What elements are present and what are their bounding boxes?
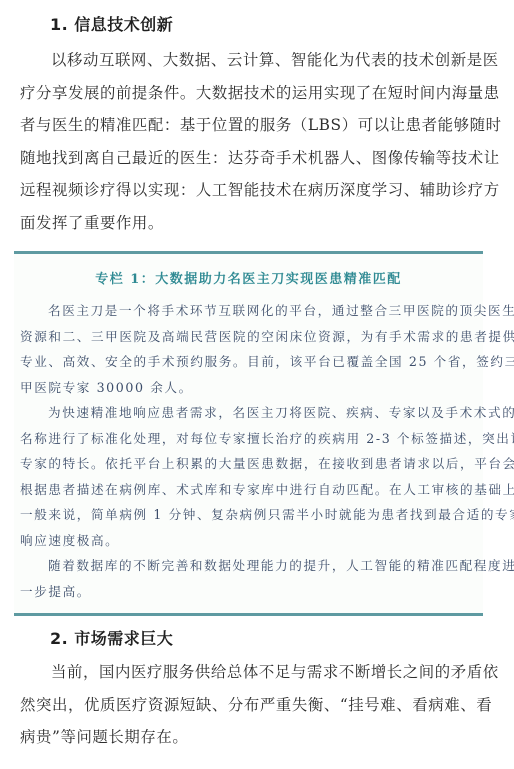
sidebar-line: 专业、高效、安全的手术预约服务。目前，该平台已覆盖全国 25 个省，签约三: [20, 349, 480, 375]
paragraph-line: 病贵”等问题长期存在。: [20, 721, 480, 754]
sidebar-paragraph-3: 随着数据库的不断完善和数据处理能力的提升，人工智能的精准匹配程度进 一步提高。: [20, 553, 480, 604]
sidebar-line: 甲医院专家 30000 余人。: [20, 375, 480, 401]
sidebar-line: 一步提高。: [20, 579, 480, 605]
sidebar-paragraph-2: 为快速精准地响应患者需求，名医主刀将医院、疾病、专家以及手术术式的 名称进行了标…: [20, 400, 480, 553]
paragraph-line: 面发挥了重要作用。: [20, 207, 480, 240]
sidebar-paragraph-1: 名医主刀是一个将手术环节互联网化的平台，通过整合三甲医院的顶尖医生 资源和二、三…: [20, 298, 480, 400]
sidebar-line: 随着数据库的不断完善和数据处理能力的提升，人工智能的精准匹配程度进: [20, 553, 480, 579]
sidebar-box-bottom-rule: [14, 613, 483, 616]
sidebar-line: 名称进行了标准化处理，对每位专家擅长治疗的疾病用 2-3 个标签描述，突出该: [20, 426, 480, 452]
paragraph-line: 疗分享发展的前提条件。大数据技术的运用实现了在短时间内海量患: [20, 77, 480, 110]
sidebar-line: 响应速度极高。: [20, 528, 480, 554]
paragraph-line: 当前，国内医疗服务供给总体不足与需求不断增长之间的矛盾依: [20, 656, 480, 689]
paragraph-line: 随地找到离自己最近的医生：达芬奇手术机器人、图像传输等技术让: [20, 142, 480, 175]
paragraph-line: 远程视频诊疗得以实现：人工智能技术在病历深度学习、辅助诊疗方: [20, 174, 480, 207]
sidebar-box-top-rule: [14, 251, 483, 254]
section-1-paragraph: 以移动互联网、大数据、云计算、智能化为代表的技术创新是医 疗分享发展的前提条件。…: [20, 44, 480, 239]
section-heading-1: 1. 信息技术创新: [50, 12, 173, 35]
sidebar-line: 名医主刀是一个将手术环节互联网化的平台，通过整合三甲医院的顶尖医生: [20, 298, 480, 324]
sidebar-box-title: 专栏 1：大数据助力名医主刀实现医患精准匹配: [14, 268, 483, 287]
sidebar-line: 根据患者描述在病例库、术式库和专家库中进行自动匹配。在人工审核的基础上，: [20, 477, 480, 503]
section-heading-2: 2. 市场需求巨大: [50, 626, 173, 649]
sidebar-line: 资源和二、三甲医院及高端民营医院的空闲床位资源，为有手术需求的患者提供: [20, 324, 480, 350]
sidebar-line: 专家的特长。依托平台上积累的大量医患数据，在接收到患者请求以后，平台会: [20, 451, 480, 477]
paragraph-line: 然突出，优质医疗资源短缺、分布严重失衡、“挂号难、看病难、看: [20, 689, 480, 722]
paragraph-line: 以移动互联网、大数据、云计算、智能化为代表的技术创新是医: [20, 44, 480, 77]
sidebar-line: 为快速精准地响应患者需求，名医主刀将医院、疾病、专家以及手术术式的: [20, 400, 480, 426]
paragraph-line: 者与医生的精准匹配：基于位置的服务（LBS）可以让患者能够随时: [20, 109, 480, 142]
section-2-paragraph: 当前，国内医疗服务供给总体不足与需求不断增长之间的矛盾依 然突出，优质医疗资源短…: [20, 656, 480, 754]
document-page: 1. 信息技术创新 以移动互联网、大数据、云计算、智能化为代表的技术创新是医 疗…: [0, 0, 514, 769]
sidebar-line: 一般来说，简单病例 1 分钟、复杂病例只需半小时就能为患者找到最合适的专家，: [20, 502, 480, 528]
